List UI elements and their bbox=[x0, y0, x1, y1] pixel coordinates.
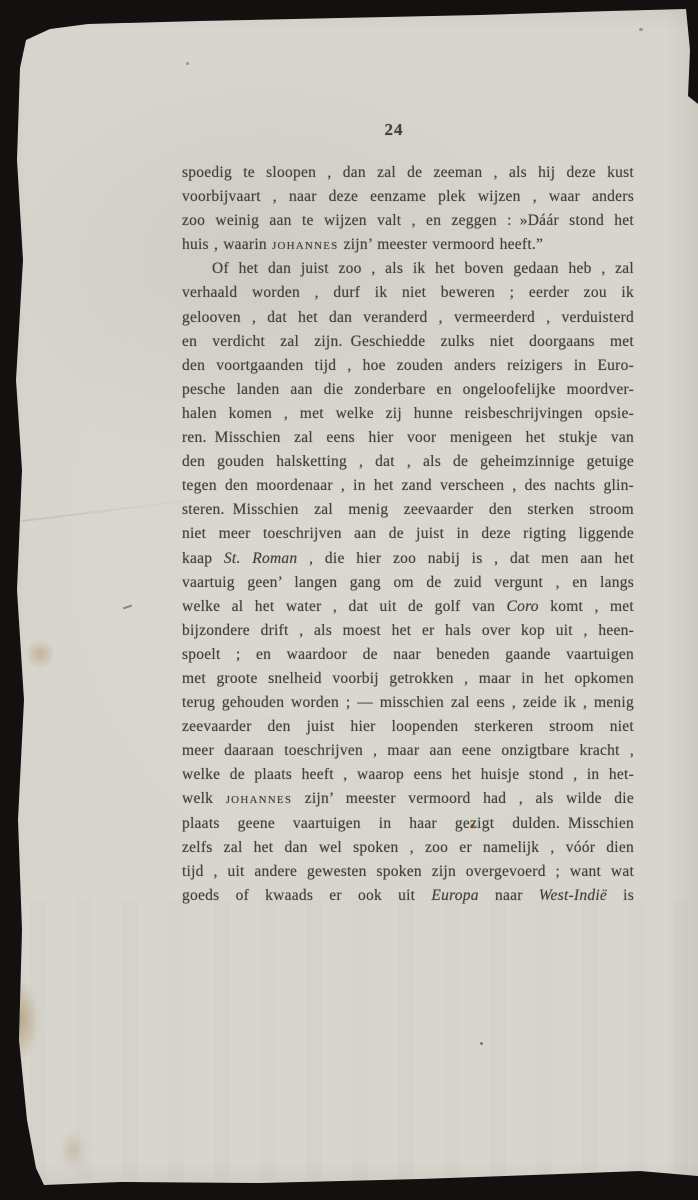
text-line: steren. Misschien zal menig zeevaarder d… bbox=[182, 498, 634, 522]
text-segment: komt , met bbox=[539, 598, 634, 615]
paper-sheet: 24 spoedig te sloopen , dan zal de zeema… bbox=[0, 0, 698, 1200]
paper-stain bbox=[60, 1130, 86, 1170]
paragraph: Of het dan juist zoo , als ik het boven … bbox=[182, 257, 634, 908]
text-line: zoo weinig aan te wijzen valt , en zegge… bbox=[182, 209, 634, 233]
smallcaps-name: johannes bbox=[226, 790, 292, 807]
text-line: vaartuig geen’ langen gang om de zuid ve… bbox=[182, 571, 634, 595]
text-segment: huis , waarin bbox=[182, 236, 272, 253]
text-segment: meer daaraan toeschrijven , maar aan een… bbox=[182, 742, 634, 759]
text-segment: steren. Misschien zal menig zeevaarder d… bbox=[182, 501, 634, 518]
text-segment: bijzondere drift , als moest het er hals… bbox=[182, 622, 634, 639]
text-segment: welke de plaats heeft , waarop eens het … bbox=[182, 766, 634, 783]
smallcaps-name: johannes bbox=[272, 236, 338, 253]
text-line: terug gehouden worden ; — misschien zal … bbox=[182, 691, 634, 715]
ink-speck bbox=[639, 28, 643, 31]
italic-text: West-Indië bbox=[539, 887, 607, 904]
text-segment: tijd , uit andere gewesten spoken zijn o… bbox=[182, 863, 634, 880]
text-line: en verdicht zal zijn. Geschiedde zulks n… bbox=[182, 330, 634, 354]
text-segment: den gouden halsketting , dat , als de ge… bbox=[182, 453, 634, 470]
text-segment: den voortgaanden tijd , hoe zouden ander… bbox=[182, 357, 634, 374]
text-segment: kaap bbox=[182, 550, 224, 567]
text-segment: zijn’ meester vermoord heeft.” bbox=[338, 236, 543, 253]
text-line: tijd , uit andere gewesten spoken zijn o… bbox=[182, 860, 634, 884]
text-line: Of het dan juist zoo , als ik het boven … bbox=[182, 257, 634, 281]
ink-speck bbox=[480, 1042, 483, 1045]
text-segment: gelooven , dat het dan veranderd , verme… bbox=[182, 309, 634, 326]
text-block: spoedig te sloopen , dan zal de zeeman ,… bbox=[182, 161, 634, 908]
text-segment: , die hier zoo nabij is , dat men aan he… bbox=[297, 550, 634, 567]
paragraph: spoedig te sloopen , dan zal de zeeman ,… bbox=[182, 161, 634, 257]
text-segment: tegen den moordenaar , in het zand versc… bbox=[182, 477, 634, 494]
text-segment: halen komen , met welke zij hunne reisbe… bbox=[182, 405, 634, 422]
text-line: den voortgaanden tijd , hoe zouden ander… bbox=[182, 354, 634, 378]
text-line: kaap St. Roman , die hier zoo nabij is ,… bbox=[182, 547, 634, 571]
text-line: verhaald worden , durf ik niet beweren ;… bbox=[182, 281, 634, 305]
text-segment: en verdicht zal zijn. Geschiedde zulks n… bbox=[182, 333, 634, 350]
scanned-book-page: { "scan": { "page_number": "24", "colors… bbox=[0, 0, 698, 1200]
text-segment: naar bbox=[479, 887, 539, 904]
page-number: 24 bbox=[168, 120, 620, 140]
text-segment: is bbox=[607, 887, 634, 904]
text-segment: ren. Misschien zal eens hier voor menige… bbox=[182, 429, 634, 446]
text-line: welk johannes zijn’ meester vermoord had… bbox=[182, 787, 634, 811]
text-line: spoelt ; en waardoor de naar beneden gaa… bbox=[182, 643, 634, 667]
text-segment: zeevaarder den juist hier loopenden ster… bbox=[182, 718, 634, 735]
ink-speck bbox=[123, 605, 132, 610]
text-line: den gouden halsketting , dat , als de ge… bbox=[182, 450, 634, 474]
text-line: bijzondere drift , als moest het er hals… bbox=[182, 619, 634, 643]
italic-text: Europa bbox=[431, 887, 478, 904]
text-line: voorbijvaart , naar deze eenzame plek wi… bbox=[182, 185, 634, 209]
text-line: niet meer toeschrijven aan de juist in d… bbox=[182, 522, 634, 546]
text-line: huis , waarin johannes zijn’ meester ver… bbox=[182, 233, 634, 257]
italic-text: St. Roman bbox=[224, 550, 298, 567]
text-segment: zijn’ meester vermoord had , als wilde d… bbox=[292, 790, 634, 807]
text-segment: spoedig te sloopen , dan zal de zeeman ,… bbox=[182, 164, 634, 181]
text-segment: verhaald worden , durf ik niet beweren ;… bbox=[182, 284, 634, 301]
text-line: gelooven , dat het dan veranderd , verme… bbox=[182, 306, 634, 330]
text-segment: voorbijvaart , naar deze eenzame plek wi… bbox=[182, 188, 634, 205]
text-line: welke de plaats heeft , waarop eens het … bbox=[182, 763, 634, 787]
text-segment: Of het dan juist zoo , als ik het boven … bbox=[212, 260, 634, 277]
text-line: ren. Misschien zal eens hier voor menige… bbox=[182, 426, 634, 450]
text-segment: met groote snelheid voorbij getrokken , … bbox=[182, 670, 634, 687]
text-line: met groote snelheid voorbij getrokken , … bbox=[182, 667, 634, 691]
text-line: halen komen , met welke zij hunne reisbe… bbox=[182, 402, 634, 426]
text-segment: goeds of kwaads er ook uit bbox=[182, 887, 431, 904]
text-line: zeevaarder den juist hier loopenden ster… bbox=[182, 715, 634, 739]
text-line: meer daaraan toeschrijven , maar aan een… bbox=[182, 739, 634, 763]
text-segment: zoo weinig aan te wijzen valt , en zegge… bbox=[182, 212, 634, 229]
text-line: zelfs zal het dan wel spoken , zoo er na… bbox=[182, 836, 634, 860]
text-segment: pesche landen aan die zonderbare en onge… bbox=[182, 381, 634, 398]
text-segment: spoelt ; en waardoor de naar beneden gaa… bbox=[182, 646, 634, 663]
text-segment: niet meer toeschrijven aan de juist in d… bbox=[182, 525, 634, 542]
text-line: tegen den moordenaar , in het zand versc… bbox=[182, 474, 634, 498]
vertical-crease-line bbox=[644, 12, 647, 1170]
text-line: welke al het water , dat uit de golf van… bbox=[182, 595, 634, 619]
text-segment: plaats geene vaartuigen in haar gezigt d… bbox=[182, 815, 634, 832]
italic-text: Coro bbox=[507, 598, 539, 615]
paper-texture-banding bbox=[30, 900, 688, 1180]
text-segment: welk bbox=[182, 790, 226, 807]
text-line: pesche landen aan die zonderbare en onge… bbox=[182, 378, 634, 402]
text-line: goeds of kwaads er ook uit Europa naar W… bbox=[182, 884, 634, 908]
paper-stain bbox=[26, 638, 54, 670]
text-segment: zelfs zal het dan wel spoken , zoo er na… bbox=[182, 839, 634, 856]
ink-speck bbox=[186, 62, 189, 65]
text-segment: welke al het water , dat uit de golf van bbox=[182, 598, 507, 615]
text-segment: terug gehouden worden ; — misschien zal … bbox=[182, 694, 634, 711]
text-line: plaats geene vaartuigen in haar gezigt d… bbox=[182, 812, 634, 836]
text-segment: vaartuig geen’ langen gang om de zuid ve… bbox=[182, 574, 634, 591]
text-line: spoedig te sloopen , dan zal de zeeman ,… bbox=[182, 161, 634, 185]
